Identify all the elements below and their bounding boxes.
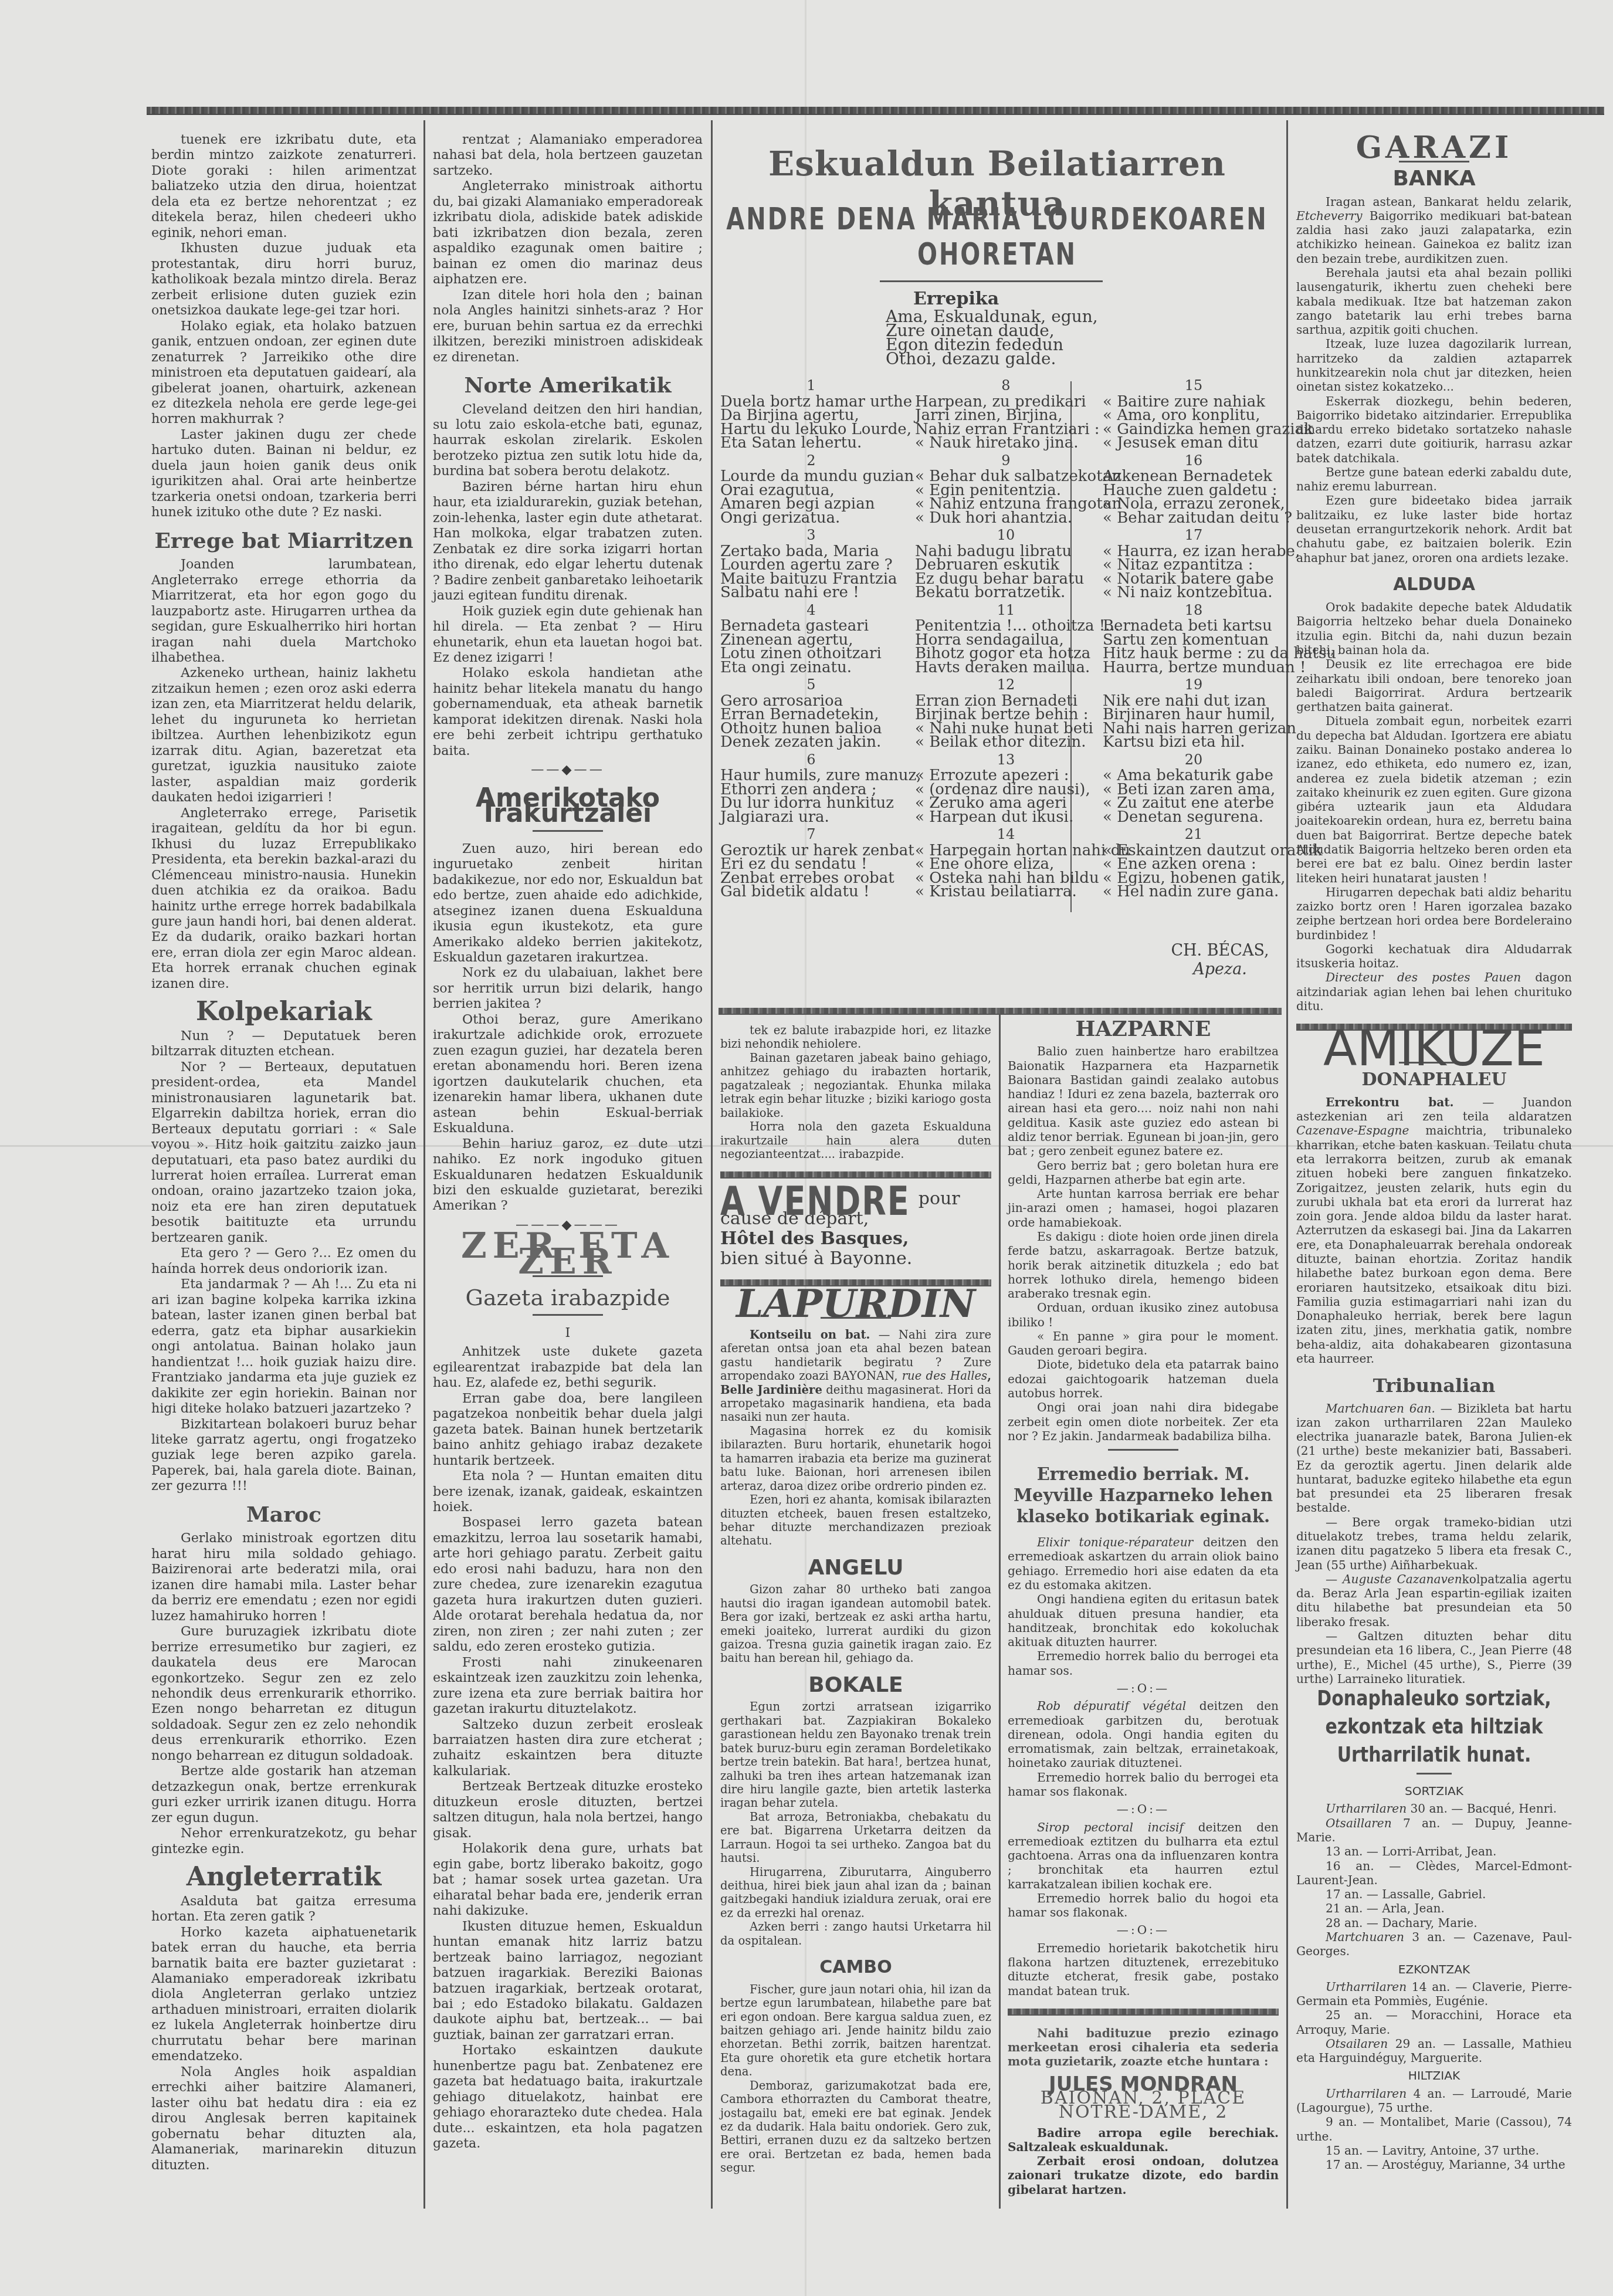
divider	[880, 280, 1103, 282]
registry-entry: Martchuaren 3 an. — Cazenave, Paul-Georg…	[1296, 1930, 1572, 1959]
banka-lead: Iragan astean, Bankarat heldu zelarik, E…	[1296, 195, 1572, 266]
paragraph: Orduan, orduan ikusiko zinez autobusa ib…	[1008, 1301, 1279, 1329]
section-title-norte: Norte Amerikatik	[433, 378, 703, 393]
divider	[1417, 1773, 1452, 1775]
stanza: 5Gero arrosarioaErran Bernadetekin,Othoi…	[720, 678, 902, 750]
paragraph: Bertzeak Bertzeak dituzke erosteko dituz…	[433, 1779, 703, 1841]
stanza-line: Denek zezaten jakin.	[720, 736, 902, 750]
stanza-number: 8	[915, 379, 1097, 393]
paragraph: Gerlako ministroak egortzen ditu harat h…	[151, 1530, 416, 1624]
newspaper-page: tuenek ere izkribatu dute, eta berdin mi…	[0, 0, 1613, 2296]
paragraph: Es dakigu : diote hoien orde jinen direl…	[1008, 1230, 1279, 1301]
stanza-number: 2	[720, 454, 902, 468]
paragraph: Anhitzek uste dukete gazeta egilearentza…	[433, 1344, 703, 1390]
paragraph: Angleterrako errege, Parisetik iragaitea…	[151, 805, 416, 992]
stanza-line: « Jesusek eman ditu	[1103, 436, 1285, 451]
registry-entry: 16 an. — Clèdes, Marcel-Edmont-Laurent-J…	[1296, 1859, 1572, 1888]
stanza: 6Haur humils, zure manuz,Ethorri zen and…	[720, 753, 902, 825]
paragraph: Ikusten dituzue hemen, Eskualdun huntan …	[433, 1919, 703, 2043]
registry-entry: Urtharrilaren 4 an. — Larroudé, Marie (L…	[1296, 2087, 1572, 2115]
stanza-number: 16	[1103, 454, 1285, 468]
mondran-text: Badire arropa egile berechiak. Saltzalea…	[1008, 2126, 1279, 2155]
column-1: tuenek ere izkribatu dute, eta berdin mi…	[151, 132, 416, 2173]
stanza-number: 11	[915, 604, 1097, 618]
paragraph: Sirop pectoral incisif deitzen den errem…	[1008, 1820, 1279, 1891]
ad-line: Hôtel des Basques,	[720, 1229, 991, 1249]
paragraph: Balio zuen hainbertze haro erabiltzea Ba…	[1008, 1044, 1279, 1158]
refrain: Errepika Ama, Eskualdunak, egun,Zure oin…	[798, 292, 1150, 366]
paragraph: rentzat ; Alamaniako emperadorea nahasi …	[433, 132, 703, 178]
stanza-number: 6	[720, 753, 902, 767]
paragraph: Nork ez du ulabaiuan, lakhet bere sor he…	[433, 965, 703, 1011]
paragraph: Hirugarrena, Ziburutarra, Ainguberro dei…	[720, 1865, 991, 1921]
ad-headline: A VENDRE	[720, 1189, 910, 1214]
paragraph: Saltzeko duzun zerbeit erosleak barraiat…	[433, 1717, 703, 1779]
stanza: 4Bernadeta gasteariZinenean agertu,Lotu …	[720, 604, 902, 675]
section-title-garazi: GARAZI	[1296, 141, 1572, 155]
signature-name: CH. BÉCAS,	[1144, 942, 1296, 960]
paragraph: Ikhusten duzue juduak eta protestantak, …	[151, 241, 416, 318]
song-subtitle: ANDRE DENA MARIA LOURDEKOAREN OHORETAN	[713, 202, 1282, 272]
paragraph: Eta jandarmak ? — Ah !... Zu eta ni ari …	[151, 1276, 416, 1416]
paragraph: Erremedio horrek balio du hogoi eta hama…	[1008, 1891, 1279, 1920]
paragraph: Eta nola ? — Huntan emaiten ditu bere iz…	[433, 1468, 703, 1515]
registry-heading: Donaphaleuko sortziak, ezkontzak eta hil…	[1296, 1685, 1572, 1769]
alduda-footer: Directeur des postes Pauen dagon aitzind…	[1296, 970, 1572, 1013]
lapurdin-lead: Kontseilu on bat. — Nahi zira zure afere…	[720, 1328, 991, 1424]
paragraph: Fischer, gure jaun notari ohia, hil izan…	[720, 1983, 991, 2079]
section-title-bokale: BOKALE	[720, 1678, 991, 1692]
paragraph: Ongi orai joan nahi dira bidegabe zerbei…	[1008, 1400, 1279, 1443]
paragraph: Erran gabe doa, bere langileen pagatzeko…	[433, 1391, 703, 1468]
registry-entry: Otsailaren 29 an. — Lassalle, Mathieu et…	[1296, 2037, 1572, 2065]
stanza-line: Jalgiarazi ura.	[720, 811, 902, 825]
stanza: 16Azkenean BernadetekHauche zuen galdetu…	[1103, 454, 1285, 526]
section-title-kolpekariak: Kolpekariak	[151, 1004, 416, 1020]
divider	[1108, 1449, 1178, 1451]
section-title-hazparne: HAZPARNE	[1008, 1022, 1279, 1036]
paragraph: Diote, bidetuko dela eta patarrak baino …	[1008, 1357, 1279, 1400]
stanza-line: Haurra, bertze munduan !	[1103, 661, 1285, 675]
stanza-number: 4	[720, 604, 902, 618]
stanza-column: 15« Baitire zure nahiak« Ama, oro konpli…	[1103, 375, 1285, 899]
stanza: 3Zertako bada, MariaLourden agertu zare …	[720, 529, 902, 600]
stanza: 14« Harpegain hortan nahi du« Ene ohore …	[915, 828, 1097, 899]
paragraph: Asalduta bat gaitza erresuma hortan. Eta…	[151, 1894, 416, 1925]
paragraph: Bainan gazetaren jabeak baino gehiago, a…	[720, 1051, 991, 1120]
section-title-zer-eta-zer: ZER ETA ZER	[433, 1238, 703, 1269]
mondran-text: Zerbait erosi ondoan, dolutzea zaionari …	[1008, 2154, 1279, 2197]
paragraph: Arte huntan karrosa berriak ere behar ji…	[1008, 1187, 1279, 1230]
paragraph: Gogorki kechatuak dira Aldudarrak itsusk…	[1296, 942, 1572, 971]
paragraph: Bertze alde gostarik han atzeman detzazk…	[151, 1763, 416, 1826]
stanza: 20« Ama bekaturik gabe« Beti izan zaren …	[1103, 753, 1285, 825]
paragraph: Martchuaren 6an. — Bizikleta bat hartu i…	[1296, 1401, 1572, 1515]
paragraph: Joanden larumbatean, Angleterrako errege…	[151, 557, 416, 665]
stanza-number: 9	[915, 454, 1097, 468]
column-2: rentzat ; Alamaniako emperadorea nahasi …	[433, 132, 703, 2152]
column-rule	[999, 1009, 1001, 2209]
stanza-number: 20	[1103, 753, 1285, 767]
registry-entry: 15 an. — Lavitry, Antoine, 37 urthe.	[1296, 2143, 1572, 2158]
paragraph: Eskerrak diozkegu, behin bederen, Baigor…	[1296, 394, 1572, 465]
stanza: 1Duela bortz hamar urtheDa Birjina agert…	[720, 379, 902, 451]
ad-a-vendre: A VENDRE pour cause de départ, Hôtel des…	[720, 1189, 991, 1269]
paragraph: Holakorik dena gure, urhats bat egin gab…	[433, 1841, 703, 1918]
registry-entry: 17 an. — Arostéguy, Marianne, 34 urthe	[1296, 2158, 1572, 2172]
registry-marriages-title: EZKONTZAK	[1296, 1962, 1572, 1976]
stanza-column: 1Duela bortz hamar urtheDa Birjina agert…	[720, 375, 902, 899]
paragraph: Demboraz, garizumakotzat bada ere, Cambo…	[720, 2079, 991, 2175]
mondran-intro: Nahi badituzue prezio ezinago merkeetan …	[1008, 2026, 1279, 2069]
paragraph: Nehor errenkuratzekotz, gu behar gintezk…	[151, 1826, 416, 1857]
column-3: tek ez balute irabazpide hori, ez litazk…	[720, 1024, 991, 2175]
paragraph: Azken berri : zango hautsi Urketarra hil…	[720, 1920, 991, 1948]
paragraph: Berehala jautsi eta ahal bezain polliki …	[1296, 266, 1572, 337]
refrain-line: Othoi, dezazu galde.	[886, 352, 1150, 366]
paragraph: Angleterrako ministroak aithortu du, bai…	[433, 178, 703, 287]
registry-entry: 17 an. — Lassalle, Gabriel.	[1296, 1887, 1572, 1901]
paragraph: Azkeneko urthean, hainiz lakhetu zitzaik…	[151, 665, 416, 805]
stanza: 12Erran zion BernadetiBirjinak bertze be…	[915, 678, 1097, 750]
stanza-number: 17	[1103, 529, 1285, 543]
divider	[533, 830, 603, 832]
stanza-number: 5	[720, 678, 902, 692]
paragraph: Gizon zahar 80 urtheko bati zangoa hauts…	[720, 1583, 991, 1665]
stanza: 2Lourde da mundu guzianOrai ezagutua,Ama…	[720, 454, 902, 526]
stanza-line: « Ni naiz kontzebitua.	[1103, 586, 1285, 600]
stanza-line: « Harpean dut ikusi.	[915, 811, 1097, 825]
paragraph: Erremedio horrek balio du berrogei eta h…	[1008, 1770, 1279, 1799]
registry-entry: Otsaillaren 7 an. — Dupuy, Jeanne-Marie.	[1296, 1816, 1572, 1845]
stanza: 8Harpean, zu predikariJarri zinen, Birji…	[915, 379, 1097, 451]
paragraph: Baziren bérne hartan hiru ehun haur, eta…	[433, 479, 703, 604]
paragraph: Behin hariuz garoz, ez dute utzi nahiko.…	[433, 1136, 703, 1214]
stanza: 7Geroztik ur harek zenbatEri ez du senda…	[720, 828, 902, 899]
stanza-number: 18	[1103, 604, 1285, 618]
paragraph: Gero berriz bat ; gero boletan hura ere …	[1008, 1159, 1279, 1187]
paragraph: Bertze gune batean ederki zabaldu dute, …	[1296, 465, 1572, 494]
paragraph: Magasina horrek ez du komisik ibilarazte…	[720, 1424, 991, 1493]
paragraph: tuenek ere izkribatu dute, eta berdin mi…	[151, 132, 416, 241]
donaphaleu-text: Errekontru bat. — Juandon astezkenian ar…	[1296, 1095, 1572, 1366]
registry-births-title: SORTZIAK	[1296, 1784, 1572, 1798]
paragraph: Horra nola den gazeta Eskualduna irakurt…	[720, 1120, 991, 1161]
stanza-number: 10	[915, 529, 1097, 543]
paragraph: Laster jakinen dugu zer chede hartuko du…	[151, 427, 416, 520]
subsection-title-tribunalian: Tribunalian	[1296, 1379, 1572, 1393]
stanza: 15« Baitire zure nahiak« Ama, oro konpli…	[1103, 379, 1285, 451]
stanza: 9« Behar duk salbatzekotan« Egin peniten…	[915, 454, 1097, 526]
stanza-line: « Hel nadin zure gana.	[1103, 885, 1285, 899]
paragraph: Bospasei lerro gazeta batean emazkitzu, …	[433, 1515, 703, 1654]
section-title-lapurdin: LAPURDIN	[720, 1297, 991, 1310]
stanza: 21« Eskaintzen dautzut orattik« Ene azke…	[1103, 828, 1285, 899]
signature-role: Apeza.	[1144, 960, 1296, 979]
divider	[533, 1314, 603, 1316]
divider	[1008, 2009, 1279, 2016]
paragraph: Deusik ez lite errechagoa ere bide zeiha…	[1296, 657, 1572, 714]
paragraph: Itzeak, luze luzea dagozilarik lurrean, …	[1296, 337, 1572, 394]
paragraph: Holako egiak, eta holako batzuen ganik, …	[151, 319, 416, 427]
paragraph: — Bere orgak trameko-bidian utzi dituela…	[1296, 1515, 1572, 1572]
paragraph: tek ez balute irabazpide hori, ez litazk…	[720, 1024, 991, 1051]
stanza-line: « Behar zaitudan deitu ?	[1103, 512, 1285, 526]
stanza: 11Penitentzia !... othoitza !...Horra se…	[915, 604, 1097, 675]
paragraph: Gure buruzagiek izkribatu diote berrize …	[151, 1624, 416, 1763]
column-4: HAZPARNE Balio zuen hainbertze haro erab…	[1008, 1009, 1279, 2197]
erremedio-closing: Erremedio horietarik bakotchetik hiru fl…	[1008, 1941, 1279, 1998]
subsection-title-gazeta: Gazeta irabazpide	[433, 1290, 703, 1305]
paragraph: Horko kazeta aiphatuenetarik batek erran…	[151, 1925, 416, 2064]
stanza-line: Bekatu borratzetik.	[915, 586, 1097, 600]
top-decorative-rule	[147, 107, 1604, 115]
registry-entry: 9 an. — Montalibet, Marie (Cassou), 74 u…	[1296, 2115, 1572, 2143]
stanza-number: 7	[720, 828, 902, 842]
stanza: 17« Haurra, ez izan herabe,« Nitaz ezpan…	[1103, 529, 1285, 600]
paragraph: Ezen, hori ez ahanta, komisak ibilarazte…	[720, 1493, 991, 1548]
stanza-line: Ongi gerizatua.	[720, 512, 902, 526]
stanza-line: Kartsu bizi eta hil.	[1103, 736, 1285, 750]
stanza-number: 1	[720, 379, 902, 393]
paragraph: Dituela zombait egun, norbeitek ezarri d…	[1296, 714, 1572, 885]
paragraph: Erremedio horrek balio du berrogei eta h…	[1008, 1649, 1279, 1678]
stanza-line: « Kristau beilatiarra.	[915, 885, 1097, 899]
stanza-number: 15	[1103, 379, 1285, 393]
divider: ——◆——	[433, 762, 703, 777]
paragraph: Elixir tonique-réparateur deitzen den er…	[1008, 1535, 1279, 1592]
stanza-number: 13	[915, 753, 1097, 767]
paragraph: Izan ditele hori hola den ; bainan nola …	[433, 287, 703, 365]
stanza-line: « Denetan segurena.	[1103, 811, 1285, 825]
paragraph: Ongi handiena egiten du eritasun batek a…	[1008, 1592, 1279, 1649]
signature: CH. BÉCAS, Apeza.	[1144, 942, 1296, 979]
paragraph: Hirugarren depechak bati aldiz beharitu …	[1296, 885, 1572, 942]
paragraph: Bizkitartean bolakoeri buruz behar litek…	[151, 1417, 416, 1494]
stanza-number: 19	[1103, 678, 1285, 692]
paragraph: — Galtzen dituzten behar ditu presundeia…	[1296, 1629, 1572, 1686]
registry-entry: 21 an. — Arla, Jean.	[1296, 1901, 1572, 1915]
stanza-column: 8Harpean, zu predikariJarri zinen, Birji…	[915, 375, 1097, 899]
stanza-number: 14	[915, 828, 1097, 842]
subsection-title-alduda: ALDUDA	[1296, 578, 1572, 592]
stanza-line: « Beilak ethor ditezin.	[915, 736, 1097, 750]
advertiser-address: BAIONAN, 2, PLACE NOTRE-DAME, 2	[1008, 2091, 1279, 2120]
divider: —:O:—	[1008, 1802, 1279, 1816]
section-title-angelu: ANGELU	[720, 1561, 991, 1574]
registry-entry: Urtharrilaren 30 an. — Bacqué, Henri.	[1296, 1801, 1572, 1816]
stanza-line: Havts deraken mailua.	[915, 661, 1097, 675]
divider: —:O:—	[1008, 1923, 1279, 1937]
paragraph: « En panne » gira pour le moment. Gauden…	[1008, 1329, 1279, 1358]
section-title-angleterratik: Angleterratik	[151, 1870, 416, 1885]
registry-entry: Urtharrilaren 14 an. — Claverie, Pierre-…	[1296, 1980, 1572, 2009]
paragraph: Frosti nahi zinukeenaren eskaintzeak ize…	[433, 1655, 703, 1717]
section-title-errege: Errege bat Miarritzen	[151, 533, 416, 548]
paragraph: Othoi beraz, gure Amerikano irakurtzale …	[433, 1012, 703, 1136]
section-title-maroc: Maroc	[151, 1507, 416, 1522]
paragraph: Holako eskola handietan athe hainitz beh…	[433, 665, 703, 758]
stanza-line: « Duk hori ahantzia.	[915, 512, 1097, 526]
stanza: 18Bernadeta beti kartsuSartu zen komentu…	[1103, 604, 1285, 675]
registry-entry: 25 an. — Moracchini, Horace eta Arroquy,…	[1296, 2008, 1572, 2037]
stanza-number: 12	[915, 678, 1097, 692]
registry-deaths-title: HILTZIAK	[1296, 2068, 1572, 2082]
paragraph: Nor ? — Berteaux, deputatuen president-o…	[151, 1059, 416, 1246]
paragraph: Zuen auzo, hiri berean edo inguruetako z…	[433, 841, 703, 966]
paragraph: Nun ? — Deputatuek beren biltzarrak ditu…	[151, 1028, 416, 1059]
section-title-erremedio: Erremedio berriak. M. Meyville Hazparnek…	[1008, 1464, 1279, 1527]
stanza-line: Eta Satan lehertu.	[720, 436, 902, 451]
stanza-number: 21	[1103, 828, 1285, 842]
refrain-title: Errepika	[763, 292, 1150, 306]
divider: —:O:—	[1008, 1681, 1279, 1695]
paragraph: Nola Angles hoik aspaldian errechki aihe…	[151, 2064, 416, 2173]
column-rule	[711, 120, 713, 2209]
paragraph: Rob dépuratif végétal deitzen den erreme…	[1008, 1699, 1279, 1770]
stanza: 19Nik ere nahi dut izanBirjinaren haur h…	[1103, 678, 1285, 750]
paragraph: Ezen gure bideetako bidea jarraik balitz…	[1296, 493, 1572, 564]
stanza: 10Nahi badugu libratuDebruaren eskutikEz…	[915, 529, 1097, 600]
stanza-line: Salbatu nahi ere !	[720, 586, 902, 600]
paragraph: Hortako eskaintzen daukute hunenbertze p…	[433, 2043, 703, 2151]
stanza: 13« Errozute apezeri :« (ordenaz dire na…	[915, 753, 1097, 825]
subsection-title-banka: BANKA	[1296, 172, 1572, 186]
paragraph: Cleveland deitzen den hiri handian, su l…	[433, 402, 703, 479]
section-title-amerikako: Amerikotako Irakurtzalei	[433, 791, 703, 822]
stanza-number: 3	[720, 529, 902, 543]
registry-entry: 13 an. — Lorri-Arribat, Jean.	[1296, 1844, 1572, 1858]
paragraph: Eta gero ? — Gero ?... Ez omen du haínda…	[151, 1245, 416, 1276]
stanza-line: « Nauk hiretako jina.	[915, 436, 1097, 451]
paragraph: Egun zortzi arratsean izigarriko gerthak…	[720, 1700, 991, 1810]
paragraph: Bat arroza, Betroniakba, chebakatu du er…	[720, 1810, 991, 1865]
column-rule	[423, 120, 425, 2209]
ad-line: bien situé à Bayonne.	[720, 1249, 991, 1269]
paragraph: Hoik guziek egin dute gehienak han hil d…	[433, 604, 703, 666]
column-5: GARAZI BANKA Iragan astean, Bankarat hel…	[1296, 132, 1572, 2172]
paragraph: — Auguste Cazanavenkolpatzalia agertu da…	[1296, 1572, 1572, 1629]
stanza-line: Eta ongi zeinatu.	[720, 661, 902, 675]
section-title-amikuze: AMIKUZE	[1296, 1041, 1572, 1055]
roman-numeral: I	[433, 1325, 703, 1340]
section-title-cambo: CAMBO	[720, 1960, 991, 1974]
registry-entry: 28 an. — Dachary, Marie.	[1296, 1916, 1572, 1930]
stanza-line: Gal bidetik aldatu !	[720, 885, 902, 899]
paragraph: Orok badakite depeche batek Aldudatik Ba…	[1296, 600, 1572, 657]
